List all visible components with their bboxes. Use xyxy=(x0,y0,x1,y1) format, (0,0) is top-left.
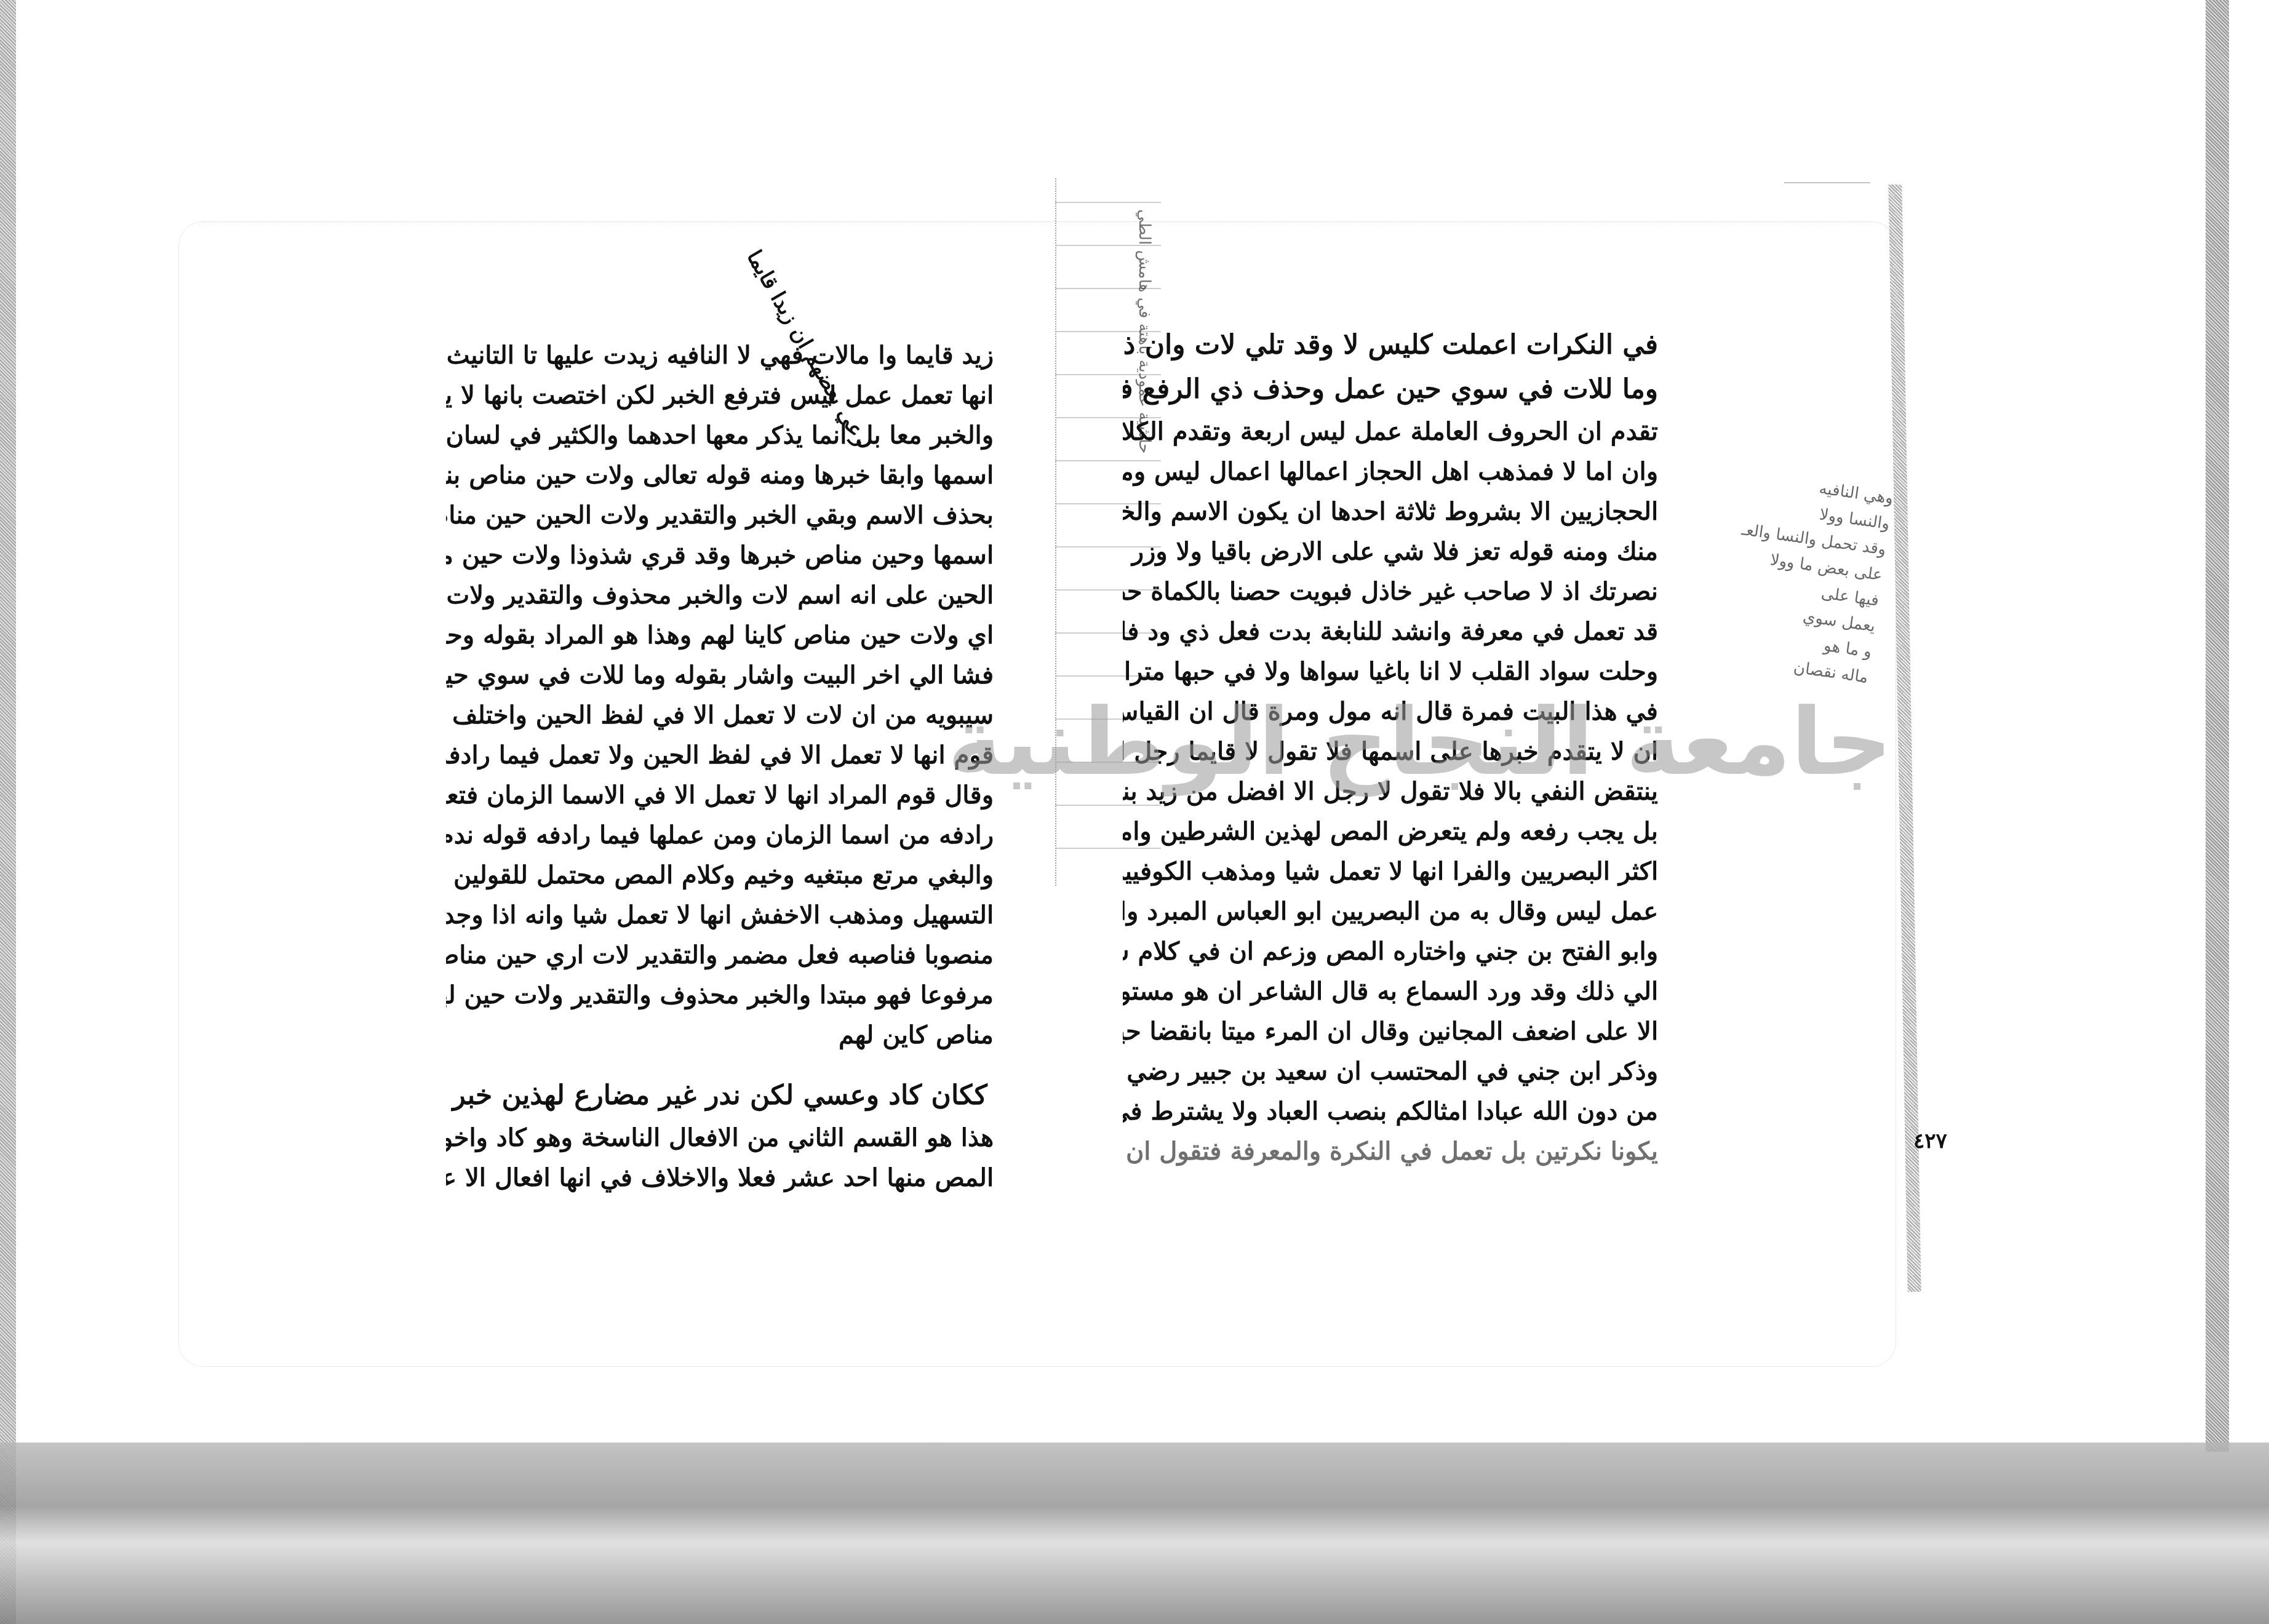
text-line: رادفه من اسما الزمان ومن عملها فيما رادف… xyxy=(446,815,994,855)
text-line: الحين على انه اسم لات والخبر محذوف والتق… xyxy=(446,575,994,615)
verse-line: في النكرات اعملت كليس لا وقد تلي لات وان… xyxy=(1123,323,1658,367)
text-line: المص منها احد عشر فعلا والاخلاف في انها … xyxy=(446,1158,994,1198)
text-line: اسمها وحين مناص خبرها وقد قري شذوذا ولات… xyxy=(446,535,994,575)
text-line: سيبويه من ان لات لا تعمل الا في لفظ الحي… xyxy=(446,695,994,735)
text-line: الحجازيين الا بشروط ثلاثة احدها ان يكون … xyxy=(1123,492,1658,531)
text-line: مناص كاين لهم xyxy=(446,1015,994,1055)
scan-edge-right xyxy=(2206,0,2229,1452)
text-line: تقدم ان الحروف العاملة عمل ليس اربعة وتق… xyxy=(1123,412,1658,452)
text-line: والبغي مرتع مبتغيه وخيم وكلام المص محتمل… xyxy=(446,855,994,895)
text-line: الا على اضعف المجانين وقال ان المرء ميتا… xyxy=(1123,1011,1658,1051)
scan-edge-bottom xyxy=(0,1443,2269,1624)
text-line: بل يجب رفعه ولم يتعرض المص لهذين الشرطين… xyxy=(1123,811,1658,851)
text-line: قد تعمل في معرفة وانشد للنابغة بدت فعل ذ… xyxy=(1123,611,1658,651)
text-line: زيد قايما وا مالات فهي لا النافيه زيدت ع… xyxy=(446,335,994,375)
text-line: عمل ليس وقال به من البصريين ابو العباس ا… xyxy=(1123,891,1658,931)
verse-line: ككان كاد وعسي لكن ندر غير مضارع لهذين خب… xyxy=(446,1073,994,1118)
text-line: اسمها وابقا خبرها ومنه قوله تعالى ولات ح… xyxy=(446,455,994,495)
text-line: اي ولات حين مناص كاينا لهم وهذا هو المرا… xyxy=(446,615,994,655)
verse-line: وما للات في سوي حين عمل وحذف ذي الرفع فش… xyxy=(1123,367,1658,412)
text-line: الي ذلك وقد ورد السماع به قال الشاعر ان … xyxy=(1123,971,1658,1011)
text-line: مرفوعا فهو مبتدا والخبر محذوف والتقدير و… xyxy=(446,975,994,1015)
left-page-text-block: زيد قايما وا مالات فهي لا النافيه زيدت ع… xyxy=(446,335,994,1198)
text-line: وابو الفتح بن جني واختاره المص وزعم ان ف… xyxy=(1123,931,1658,971)
folio-number: ٤٢٧ xyxy=(1913,1129,1947,1153)
text-line: التسهيل ومذهب الاخفش انها لا تعمل شيا وا… xyxy=(446,895,994,935)
text-line: فشا الي اخر البيت واشار بقوله وما للات ف… xyxy=(446,655,994,695)
text-line: وذكر ابن جني في المحتسب ان سعيد بن جبير … xyxy=(1123,1051,1658,1091)
text-line: وان اما لا فمذهب اهل الحجاز اعمالها اعما… xyxy=(1123,452,1658,492)
text-line: وقال قوم المراد انها لا تعمل الا في الاس… xyxy=(446,775,994,815)
text-line: وحلت سواد القلب لا انا باغيا سواها ولا ف… xyxy=(1123,651,1658,691)
library-watermark: جامعة النجاح الوطنية xyxy=(947,689,1892,796)
text-line: هذا هو القسم الثاني من الافعال الناسخة و… xyxy=(446,1118,994,1158)
right-margin-annotation: وهي النافيه والنسا وولا وقد تحمل والنسا … xyxy=(1635,453,1895,691)
text-line: والخبر معا بل انما يذكر معها احدهما والك… xyxy=(446,415,994,455)
text-line-faded: يكونا نكرتين بل تعمل في النكرة والمعرفة … xyxy=(1123,1131,1658,1171)
text-line: نصرتك اذ لا صاحب غير خاذل فبويت حصنا بال… xyxy=(1123,571,1658,611)
text-line: انها تعمل عمل ليس فترفع الخبر لكن اختصت … xyxy=(446,375,994,415)
page-top-edge xyxy=(1784,182,1870,183)
text-line: من دون الله عبادا امثالكم بنصب العباد ول… xyxy=(1123,1091,1658,1131)
text-line: بحذف الاسم وبقي الخبر والتقدير ولات الحي… xyxy=(446,495,994,535)
scan-edge-left xyxy=(0,0,16,1624)
text-line: منك ومنه قوله تعز فلا شي على الارض باقيا… xyxy=(1123,531,1658,571)
text-line: اكثر البصريين والفرا انها لا تعمل شيا وم… xyxy=(1123,851,1658,891)
text-line: منصوبا فناصبه فعل مضمر والتقدير لات اري … xyxy=(446,935,994,975)
text-line: قوم انها لا تعمل الا في لفظ الحين ولا تع… xyxy=(446,735,994,775)
